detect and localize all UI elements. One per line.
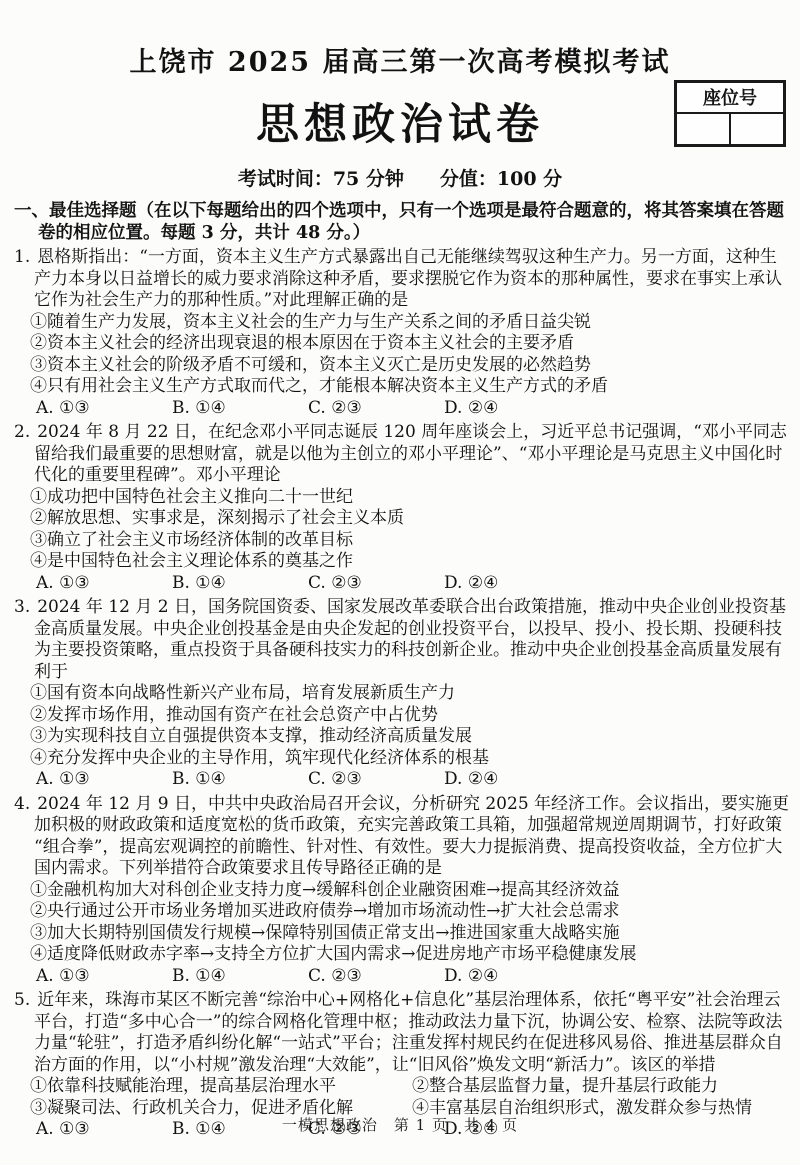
question-number: 1. xyxy=(14,247,37,267)
option-item-3: ③资本主义社会的阶级矛盾不可缓和，资本主义灭亡是历史发展的必然趋势 xyxy=(30,355,792,377)
question-stem: 5.近年来，珠海市某区不断完善“综治中心+网格化+信息化”基层治理体系，依托“粤… xyxy=(14,990,792,1076)
question-stem: 2.2024 年 8 月 22 日，在纪念邓小平同志诞辰 120 周年座谈会上，… xyxy=(14,422,792,487)
question-3: 3.2024 年 12 月 2 日，国务院国资委、国家发展改革委联合出台政策措施… xyxy=(14,597,792,791)
choice-b: B. ①④ xyxy=(172,769,308,791)
option-item-4: ④适度降低财政赤字率→支持全方位扩大国内需求→促进房地产市场平稳健康发展 xyxy=(30,944,792,966)
choice-b: B. ①④ xyxy=(172,573,308,595)
option-item-4: ④只有用社会主义生产方式取而代之，才能根本解决资本主义生产方式的矛盾 xyxy=(30,376,792,398)
choices-row: A. ①③ B. ①④ C. ②③ D. ②④ xyxy=(14,573,792,595)
seat-number-label: 座位号 xyxy=(677,83,783,114)
question-stem-text: 2024 年 12 月 2 日，国务院国资委、国家发展改革委联合出台政策措施，推… xyxy=(34,597,786,682)
section-one-heading: 一、最佳选择题（在以下每题给出的四个选项中，只有一个选项是最符合题意的，将其答案… xyxy=(14,201,792,244)
choice-a: A. ①③ xyxy=(36,398,172,420)
question-stem: 3.2024 年 12 月 2 日，国务院国资委、国家发展改革委联合出台政策措施… xyxy=(14,597,792,683)
question-number: 2. xyxy=(14,422,37,442)
seat-number-cell-left xyxy=(677,114,731,144)
option-item-4: ④是中国特色社会主义理论体系的奠基之作 xyxy=(30,551,792,573)
option-item-2: ②央行通过公开市场业务增加买进政府债券→增加市场流动性→扩大社会总需求 xyxy=(30,901,792,923)
option-items: ①成功把中国特色社会主义推向二十一世纪 ②解放思想、实事求是，深刻揭示了社会主义… xyxy=(14,487,792,573)
exam-info: 考试时间：75 分钟 分值：100 分 xyxy=(0,164,800,191)
question-number: 3. xyxy=(14,597,37,617)
question-number: 5. xyxy=(14,990,37,1010)
option-item-2: ②资本主义社会的经济出现衰退的根本原因在于资本主义社会的主要矛盾 xyxy=(30,333,792,355)
option-items: ①随着生产力发展，资本主义社会的生产力与生产关系之间的矛盾日益尖锐 ②资本主义社… xyxy=(14,312,792,398)
option-item-2: ②发挥市场作用，推动国有资产在社会总资产中占优势 xyxy=(30,705,792,727)
option-item-3: ③确立了社会主义市场经济体制的改革目标 xyxy=(30,530,792,552)
page-footer: 一模思想政治 第 1 页 共 4 页 xyxy=(0,1114,800,1135)
paper-content: 一、最佳选择题（在以下每题给出的四个选项中，只有一个选项是最符合题意的，将其答案… xyxy=(0,201,800,1141)
option-item-1: ①成功把中国特色社会主义推向二十一世纪 xyxy=(30,487,792,509)
choice-d: D. ②④ xyxy=(444,398,580,420)
exam-time: 考试时间：75 分钟 xyxy=(238,164,404,191)
question-stem-text: 恩格斯指出：“一方面，资本主义生产方式暴露出自己无能继续驾驭这种生产力。另一方面… xyxy=(34,247,782,310)
choice-c: C. ②③ xyxy=(308,573,444,595)
question-stem-text: 近年来，珠海市某区不断完善“综治中心+网格化+信息化”基层治理体系，依托“粤平安… xyxy=(34,990,783,1075)
choice-a: A. ①③ xyxy=(36,769,172,791)
question-stem-text: 2024 年 8 月 22 日，在纪念邓小平同志诞辰 120 周年座谈会上，习近… xyxy=(34,422,787,485)
choices-row: A. ①③ B. ①④ C. ②③ D. ②④ xyxy=(14,769,792,791)
question-stem-text: 2024 年 12 月 9 日，中共中央政治局召开会议，分析研究 2025 年经… xyxy=(34,794,789,879)
exam-title: 上饶市 2025 届高三第一次高考模拟考试 xyxy=(0,0,800,79)
exam-paper-page: 上饶市 2025 届高三第一次高考模拟考试 思想政治试卷 座位号 考试时间：75… xyxy=(0,0,800,1165)
exam-score: 分值：100 分 xyxy=(440,164,562,191)
choice-c: C. ②③ xyxy=(308,966,444,988)
seat-number-cell-right xyxy=(731,114,783,144)
choice-b: B. ①④ xyxy=(172,398,308,420)
question-1: 1.恩格斯指出：“一方面，资本主义生产方式暴露出自己无能继续驾驭这种生产力。另一… xyxy=(14,247,792,419)
choices-row: A. ①③ B. ①④ C. ②③ D. ②④ xyxy=(14,398,792,420)
choice-d: D. ②④ xyxy=(444,966,580,988)
option-item-3: ③为实现科技自立自强提供资本支撑，推动经济高质量发展 xyxy=(30,726,792,748)
option-items: ①金融机构加大对科创企业支持力度→缓解科创企业融资困难→提高其经济效益 ②央行通… xyxy=(14,880,792,966)
option-item-3: ③加大长期特别国债发行规模→保障特别国债正常支出→推进国家重大战略实施 xyxy=(30,923,792,945)
option-item-2: ②解放思想、实事求是，深刻揭示了社会主义本质 xyxy=(30,508,792,530)
question-number: 4. xyxy=(14,794,37,814)
option-item-4: ④充分发挥中央企业的主导作用，筑牢现代化经济体系的根基 xyxy=(30,748,792,770)
option-item-2: ②整合基层监督力量，提升基层行政能力 xyxy=(412,1076,792,1098)
question-4: 4.2024 年 12 月 9 日，中共中央政治局召开会议，分析研究 2025 … xyxy=(14,794,792,988)
choices-row: A. ①③ B. ①④ C. ②③ D. ②④ xyxy=(14,966,792,988)
seat-number-cells xyxy=(677,114,783,144)
choice-b: B. ①④ xyxy=(172,966,308,988)
option-item-1: ①金融机构加大对科创企业支持力度→缓解科创企业融资困难→提高其经济效益 xyxy=(30,880,792,902)
option-item-1: ①随着生产力发展，资本主义社会的生产力与生产关系之间的矛盾日益尖锐 xyxy=(30,312,792,334)
choice-d: D. ②④ xyxy=(444,573,580,595)
seat-number-box: 座位号 xyxy=(674,80,786,147)
option-items: ①依靠科技赋能治理，提高基层治理水平 ②整合基层监督力量，提升基层行政能力 ③凝… xyxy=(14,1076,792,1119)
question-stem: 4.2024 年 12 月 9 日，中共中央政治局召开会议，分析研究 2025 … xyxy=(14,794,792,880)
option-item-1: ①依靠科技赋能治理，提高基层治理水平 xyxy=(30,1076,412,1098)
choice-d: D. ②④ xyxy=(444,769,580,791)
choice-c: C. ②③ xyxy=(308,398,444,420)
choice-a: A. ①③ xyxy=(36,966,172,988)
choice-a: A. ①③ xyxy=(36,573,172,595)
question-stem: 1.恩格斯指出：“一方面，资本主义生产方式暴露出自己无能继续驾驭这种生产力。另一… xyxy=(14,247,792,312)
question-2: 2.2024 年 8 月 22 日，在纪念邓小平同志诞辰 120 周年座谈会上，… xyxy=(14,422,792,594)
option-items: ①国有资本向战略性新兴产业布局，培育发展新质生产力 ②发挥市场作用，推动国有资产… xyxy=(14,683,792,769)
option-item-1: ①国有资本向战略性新兴产业布局，培育发展新质生产力 xyxy=(30,683,792,705)
choice-c: C. ②③ xyxy=(308,769,444,791)
